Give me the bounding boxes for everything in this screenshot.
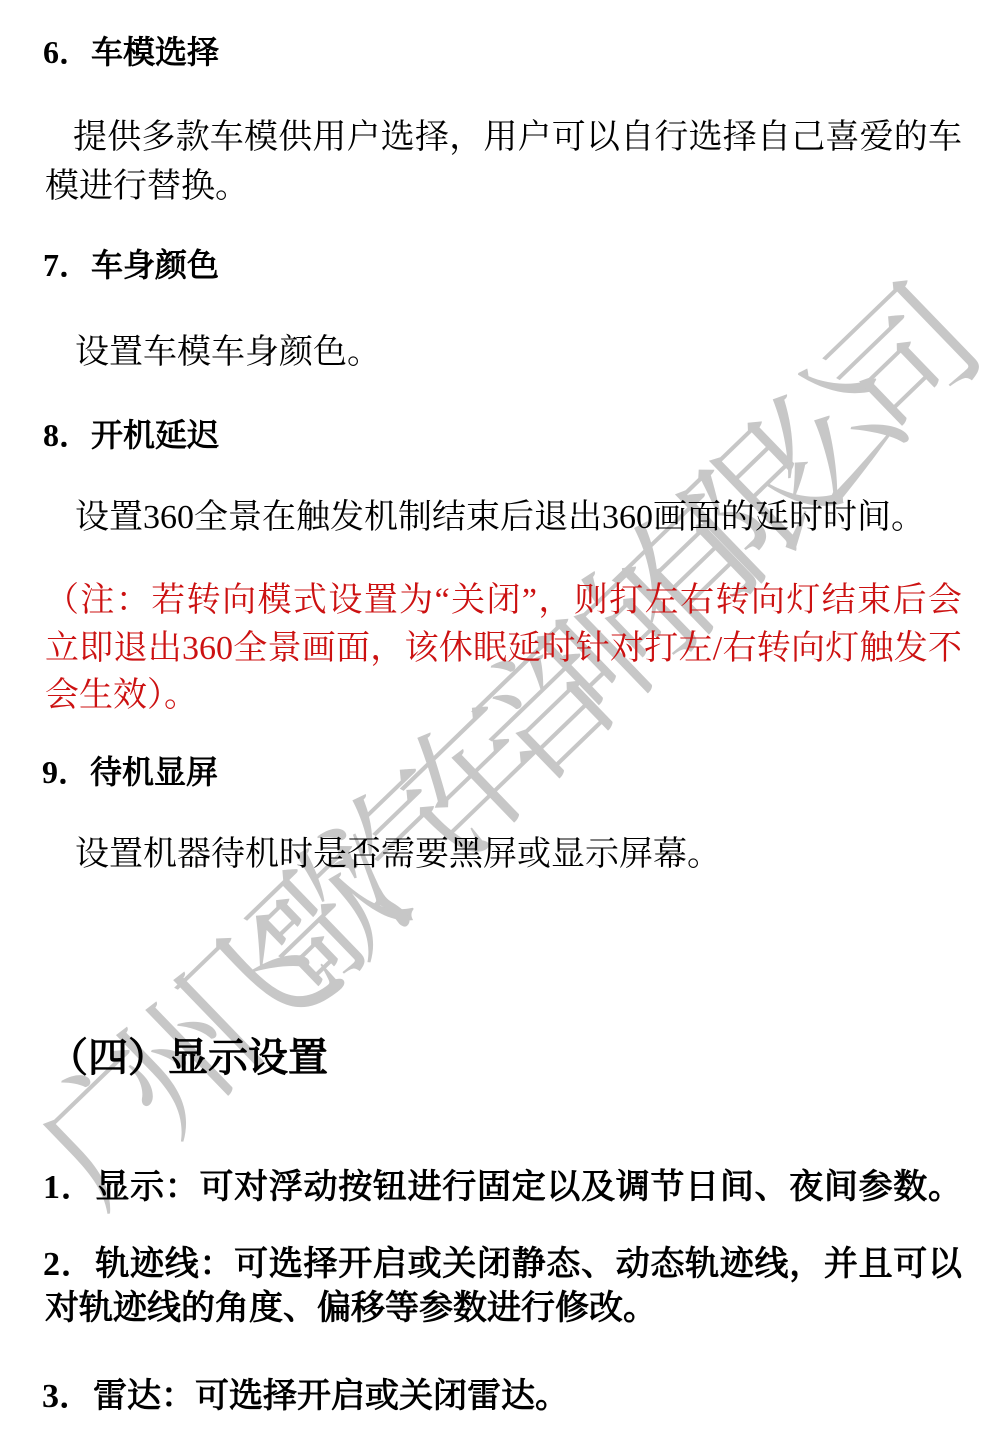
- section-8-paragraph-line-1: 设置360全景在触发机制结束后退出360画面的延时时间。: [75, 500, 925, 537]
- display-item-2-line-2: 对轨迹线的角度、偏移等参数进行修改。: [45, 1291, 657, 1328]
- section-6-heading: 6．车模选择: [43, 35, 219, 70]
- section-8-note-line-1: （注：若转向模式设置为“关闭”，则打左右转向灯结束后会: [45, 583, 962, 620]
- section-6-paragraph-line-1: 提供多款车模供用户选择，用户可以自行选择自己喜爱的车: [73, 120, 962, 157]
- section-8-note-line-2: 立即退出360全景画面，该休眠延时针对打左/右转向灯触发不: [45, 631, 962, 668]
- section-7-heading: 7．车身颜色: [43, 248, 219, 283]
- section-6-paragraph-line-2: 模进行替换。: [45, 169, 249, 206]
- display-item-3-line-1: 3．雷达：可选择开启或关闭雷达。: [42, 1379, 569, 1416]
- section-8-heading: 8．开机延迟: [43, 418, 219, 453]
- display-settings-heading: （四）显示设置: [48, 1036, 328, 1079]
- company-watermark: 广州飞歌汽车音响有限公司: [0, 261, 989, 1239]
- document-page: 广州飞歌汽车音响有限公司 6．车模选择 提供多款车模供用户选择，用户可以自行选择…: [0, 0, 1000, 1450]
- display-item-2-line-1: 2．轨迹线：可选择开启或关闭静态、动态轨迹线，并且可以: [43, 1247, 962, 1284]
- section-7-paragraph-line-1: 设置车模车身颜色。: [75, 335, 381, 372]
- section-8-note-line-3: 会生效）。: [45, 678, 198, 715]
- section-9-heading: 9．待机显屏: [42, 755, 218, 790]
- display-item-1-line-1: 1．显示：可对浮动按钮进行固定以及调节日间、夜间参数。: [43, 1170, 962, 1207]
- section-9-paragraph-line-1: 设置机器待机时是否需要黑屏或显示屏幕。: [75, 837, 721, 874]
